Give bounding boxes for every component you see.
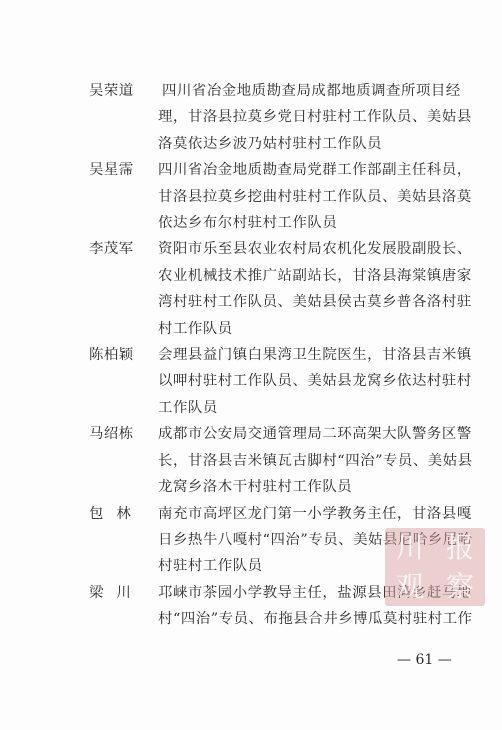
- description-line: 长，甘洛县吉米镇瓦古脚村“四治”专员、美姑县: [158, 448, 459, 474]
- person-name: 马绍栋: [89, 421, 158, 447]
- person-name: 吴星霈: [89, 157, 158, 183]
- person-description: 邛崃市茶园小学教导主任，盐源县田湾乡赶马地 村“四治”专员、布拖县合井乡博瓜莫村…: [158, 580, 459, 633]
- description-line: 会理县益门镇白果湾卫生院医生，甘洛县吉米镇: [158, 342, 459, 368]
- personnel-entry: 梁川 邛崃市茶园小学教导主任，盐源县田湾乡赶马地 村“四治”专员、布拖县合井乡博…: [89, 580, 459, 633]
- personnel-entry: 吴星霈 四川省冶金地质勘查局党群工作部副主任科员， 甘洛县拉莫乡挖曲村驻村工作队…: [89, 157, 459, 236]
- person-name: 梁川: [89, 580, 158, 606]
- description-line: 村工作队员: [158, 316, 459, 342]
- person-description: 会理县益门镇白果湾卫生院医生，甘洛县吉米镇 以呷村驻村工作队员、美姑县龙窝乡依达…: [158, 342, 459, 421]
- person-description: 成都市公安局交通管理局二环高架大队警务区警 长，甘洛县吉米镇瓦古脚村“四治”专员…: [158, 421, 459, 500]
- personnel-list: 吴荣道 四川省冶金地质勘查局成都地质调查所项目经 理，甘洛县拉莫乡党日村驻村工作…: [89, 78, 459, 633]
- description-line: 湾村驻村工作队员、美姑县侯古莫乡普各洛村驻: [158, 289, 459, 315]
- page-number: — 61 —: [397, 651, 452, 669]
- description-line: 工作队员: [158, 395, 459, 421]
- description-line: 资阳市乐至县农业农村局农机化发展股副股长、: [158, 236, 459, 262]
- person-name: 陈柏颖: [89, 342, 158, 368]
- description-line: 以呷村驻村工作队员、美姑县龙窝乡依达村驻村: [158, 368, 459, 394]
- person-description: 资阳市乐至县农业农村局农机化发展股副股长、 农业机械技术推广站副站长，甘洛县海棠…: [158, 236, 459, 342]
- person-description: 四川省冶金地质勘查局党群工作部副主任科员， 甘洛县拉莫乡挖曲村驻村工作队员、美姑…: [158, 157, 459, 236]
- personnel-entry: 吴荣道 四川省冶金地质勘查局成都地质调查所项目经 理，甘洛县拉莫乡党日村驻村工作…: [89, 78, 459, 157]
- personnel-entry: 陈柏颖 会理县益门镇白果湾卫生院医生，甘洛县吉米镇 以呷村驻村工作队员、美姑县龙…: [89, 342, 459, 421]
- description-line: 农业机械技术推广站副站长，甘洛县海棠镇唐家: [158, 263, 459, 289]
- document-page: 吴荣道 四川省冶金地质勘查局成都地质调查所项目经 理，甘洛县拉莫乡党日村驻村工作…: [0, 0, 502, 730]
- personnel-entry: 包林 南充市高坪区龙门第一小学教务主任，甘洛县嘎 日乡热牛八嘎村“四治”专员、美…: [89, 501, 459, 580]
- description-line: 依达乡布尔村驻村工作队员: [158, 210, 459, 236]
- description-line: 日乡热牛八嘎村“四治”专员、美姑县尼哈乡尼哈: [158, 527, 459, 553]
- description-line: 南充市高坪区龙门第一小学教务主任，甘洛县嘎: [158, 501, 459, 527]
- description-line: 村驻村工作队员: [158, 553, 459, 579]
- description-line: 四川省冶金地质勘查局成都地质调查所项目经: [158, 78, 459, 104]
- description-line: 理，甘洛县拉莫乡党日村驻村工作队员、美姑县: [158, 104, 459, 130]
- description-line: 村“四治”专员、布拖县合井乡博瓜莫村驻村工作: [158, 606, 459, 632]
- description-line: 成都市公安局交通管理局二环高架大队警务区警: [158, 421, 459, 447]
- person-name: 包林: [89, 501, 158, 527]
- personnel-entry: 马绍栋 成都市公安局交通管理局二环高架大队警务区警 长，甘洛县吉米镇瓦古脚村“四…: [89, 421, 459, 500]
- description-line: 洛莫依达乡波乃姑村驻村工作队员: [158, 131, 459, 157]
- description-line: 龙窝乡洛木干村驻村工作队员: [158, 474, 459, 500]
- description-line: 四川省冶金地质勘查局党群工作部副主任科员，: [158, 157, 459, 183]
- description-line: 甘洛县拉莫乡挖曲村驻村工作队员、美姑县洛莫: [158, 184, 459, 210]
- person-name: 吴荣道: [89, 78, 158, 104]
- person-description: 四川省冶金地质勘查局成都地质调查所项目经 理，甘洛县拉莫乡党日村驻村工作队员、美…: [158, 78, 459, 157]
- person-description: 南充市高坪区龙门第一小学教务主任，甘洛县嘎 日乡热牛八嘎村“四治”专员、美姑县尼…: [158, 501, 459, 580]
- personnel-entry: 李茂军 资阳市乐至县农业农村局农机化发展股副股长、 农业机械技术推广站副站长，甘…: [89, 236, 459, 342]
- person-name: 李茂军: [89, 236, 158, 262]
- description-line: 邛崃市茶园小学教导主任，盐源县田湾乡赶马地: [158, 580, 459, 606]
